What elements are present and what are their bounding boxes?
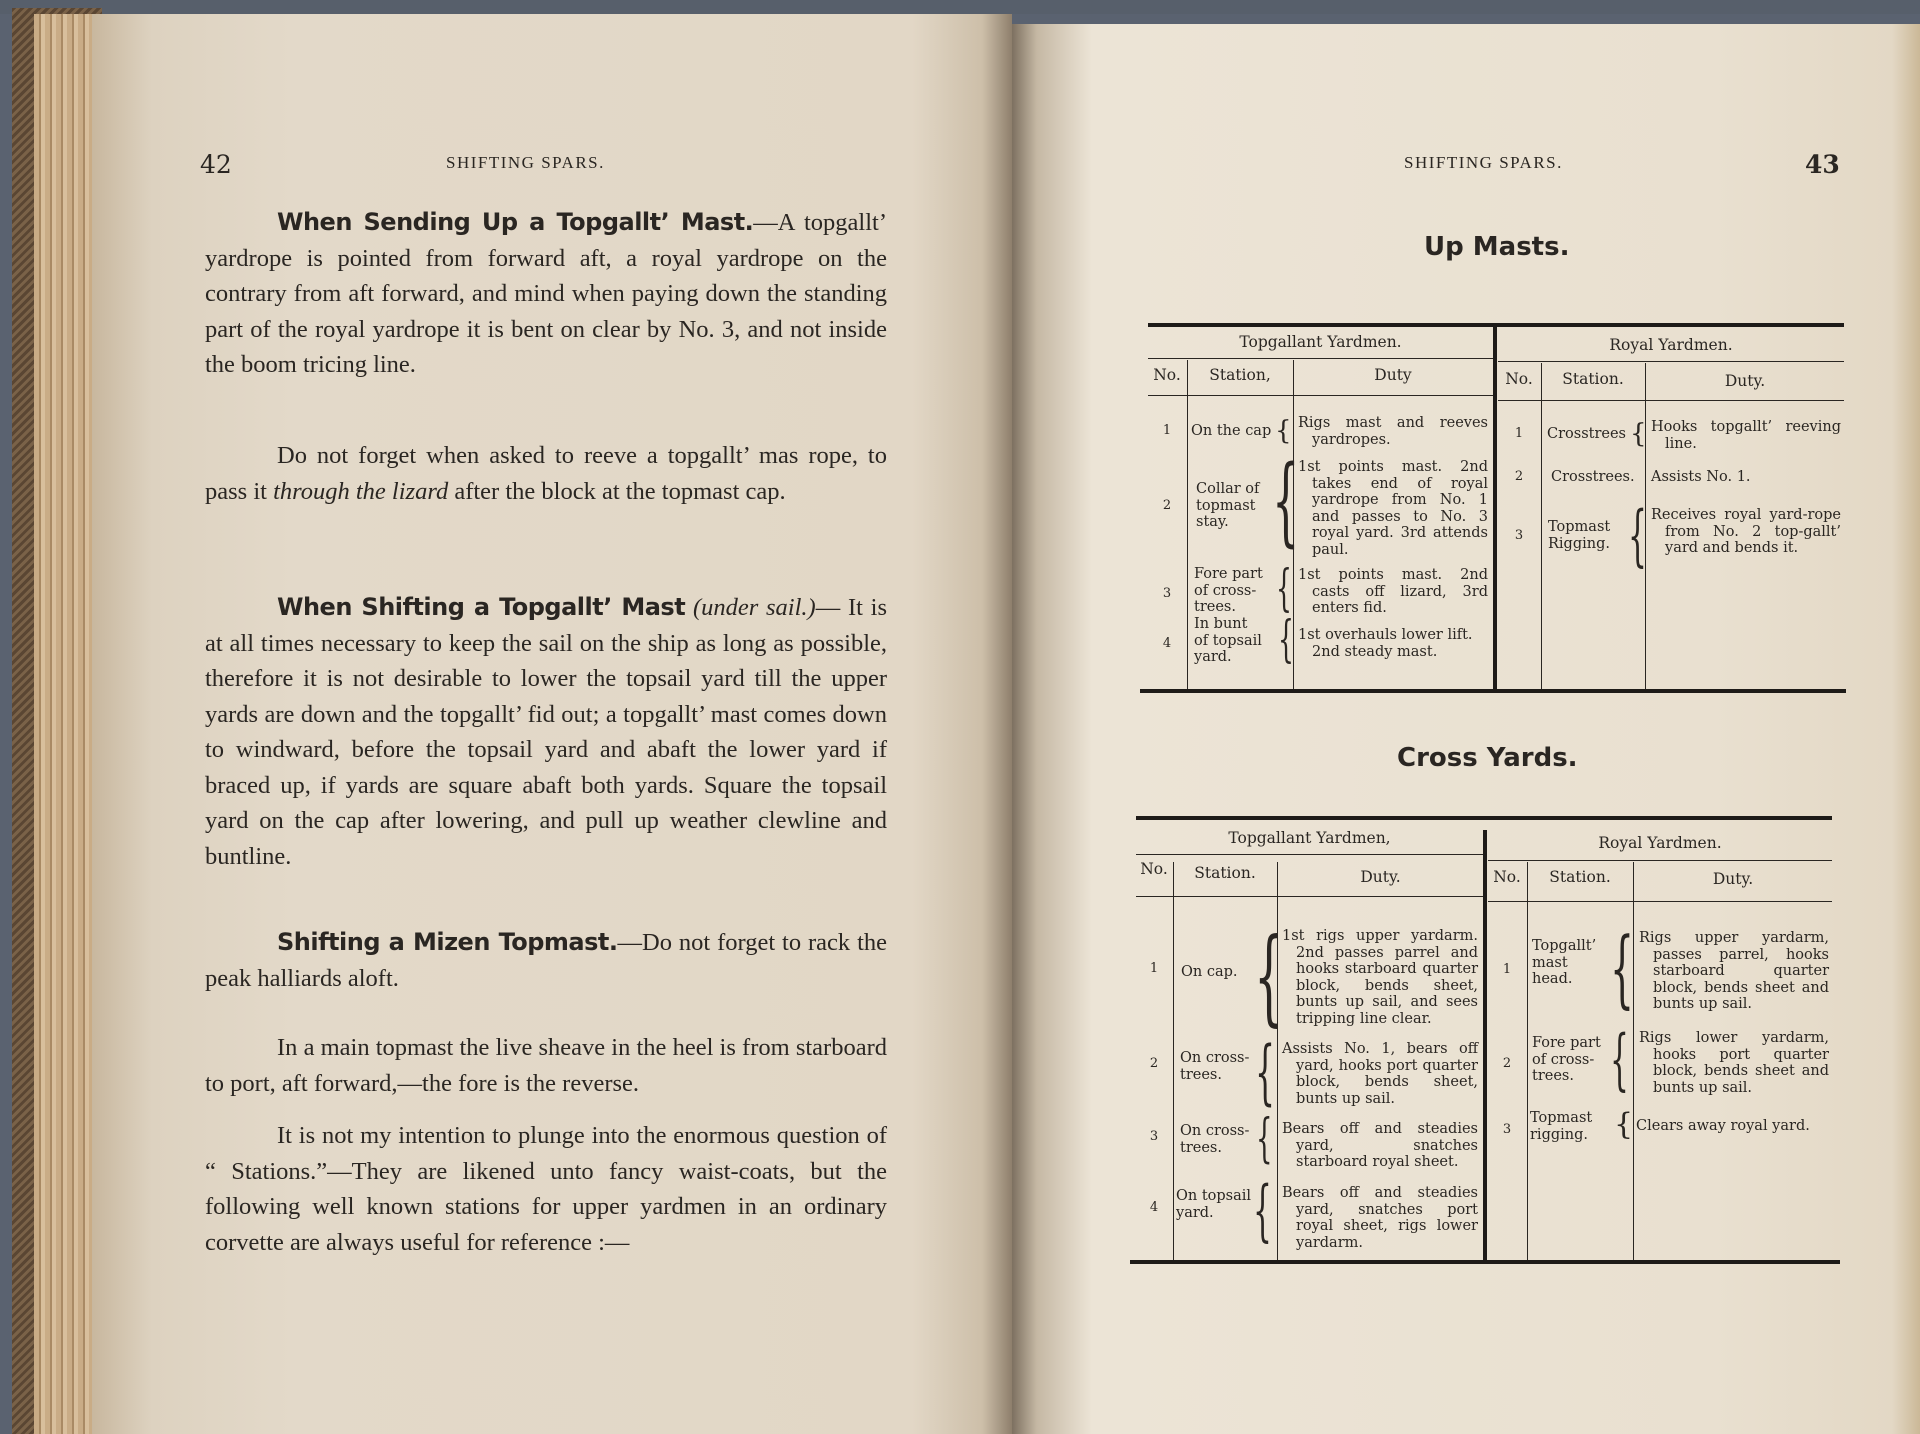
duty-cell: Receives royal yard-rope from No. 2 top-… xyxy=(1651,507,1841,557)
duty-cell: Bears off and steadies yard, snatches po… xyxy=(1282,1185,1478,1251)
page-number-left: 42 xyxy=(200,150,232,179)
section-heading: When Shifting a Topgallt’ Mast xyxy=(277,593,685,621)
cross-yards-table: Topgallant Yardmen, No. Station. Duty. 1… xyxy=(1136,816,1832,1286)
col-header-no: No. xyxy=(1498,370,1540,388)
rule xyxy=(1148,358,1493,359)
group-title: Royal Yardmen. xyxy=(1498,336,1844,354)
rule xyxy=(1498,400,1844,401)
duty-cell: Bears off and steadies yard, snatches st… xyxy=(1282,1121,1478,1171)
station-cell: TopmastRigging. xyxy=(1548,519,1610,552)
paragraph-text: In a main topmast the live sheave in the… xyxy=(205,1030,887,1101)
duty-cell: 1st points mast. 2nd takes end of royal … xyxy=(1298,459,1488,558)
brace-icon: { xyxy=(1628,503,1647,569)
col-header-duty: Duty. xyxy=(1278,868,1483,886)
rule xyxy=(1488,860,1832,861)
paragraph-text: It is not my intention to plunge into th… xyxy=(205,1118,887,1260)
station-cell: Collar oftopmaststay. xyxy=(1196,481,1259,531)
col-header-station: Station. xyxy=(1174,864,1276,882)
brace-icon: { xyxy=(1278,614,1294,664)
paragraph-lizard: Do not forget when asked to reeve a topg… xyxy=(205,438,887,509)
background xyxy=(0,0,1920,14)
section-text: — It is at all times necessary to keep t… xyxy=(205,594,887,870)
open-book: 42 SHIFTING SPARS. When Sending Up a Top… xyxy=(0,0,1920,1434)
cross-yards-title: Cross Yards. xyxy=(1397,743,1578,773)
up-masts-title: Up Masts. xyxy=(1424,232,1569,262)
row-number: 3 xyxy=(1498,528,1540,545)
col-header-no: No. xyxy=(1148,366,1186,384)
section-heading: Shifting a Mizen Topmast. xyxy=(277,928,618,956)
station-cell: Crosstrees xyxy=(1547,426,1626,443)
section-shifting-topgallant: When Shifting a Topgallt’ Mast (under sa… xyxy=(205,590,887,874)
paragraph-main-topmast: In a main topmast the live sheave in the… xyxy=(205,1030,887,1101)
col-header-station: Station. xyxy=(1542,370,1644,388)
group-divider xyxy=(1483,830,1487,1260)
paragraph-stations: It is not my intention to plunge into th… xyxy=(205,1118,887,1260)
brace-icon: { xyxy=(1272,453,1299,549)
rule xyxy=(1498,361,1844,362)
col-rule xyxy=(1173,862,1174,1260)
row-number: 3 xyxy=(1148,586,1186,603)
rule xyxy=(1148,395,1493,396)
brace-icon: { xyxy=(1253,1178,1272,1244)
station-cell: Crosstrees. xyxy=(1551,469,1635,486)
col-rule xyxy=(1527,862,1528,1260)
duty-cell: Hooks topgallt’ reeving line. xyxy=(1651,419,1841,452)
brace-icon: { xyxy=(1275,416,1292,446)
brace-icon: { xyxy=(1256,1113,1273,1165)
brace-icon: { xyxy=(1610,926,1634,1010)
running-head-right: SHIFTING SPARS. xyxy=(1404,153,1563,173)
section-sending-up-topgallant: When Sending Up a Topgallt’ Mast.—A topg… xyxy=(205,205,887,383)
paragraph-text: after the block at the topmast cap. xyxy=(448,478,785,505)
col-rule xyxy=(1541,363,1542,689)
page-number-right: 43 xyxy=(1805,150,1840,179)
brace-icon: { xyxy=(1276,563,1292,613)
rule xyxy=(1136,854,1483,855)
rule xyxy=(1488,901,1832,902)
group-title: Topgallant Yardmen, xyxy=(1136,829,1483,847)
row-number: 4 xyxy=(1148,636,1186,653)
duty-cell: Assists No. 1, bears off yard, hooks por… xyxy=(1282,1041,1478,1107)
station-cell: On cross-trees. xyxy=(1180,1123,1249,1156)
row-number: 3 xyxy=(1136,1129,1172,1146)
row-number: 1 xyxy=(1498,426,1540,443)
col-header-station: Station, xyxy=(1188,366,1292,384)
duty-cell: Rigs mast and reeves yardropes. xyxy=(1298,415,1488,448)
row-number: 2 xyxy=(1136,1056,1172,1073)
station-cell: On cross-trees. xyxy=(1180,1050,1249,1083)
group-title: Royal Yardmen. xyxy=(1488,834,1832,852)
italic-text: (under sail.) xyxy=(693,594,816,621)
duty-cell: Assists No. 1. xyxy=(1651,469,1841,486)
row-number: 2 xyxy=(1498,469,1540,486)
duty-cell: 1st rigs upper yardarm. 2nd passes parre… xyxy=(1282,928,1478,1027)
row-number: 2 xyxy=(1148,498,1186,515)
col-header-station: Station. xyxy=(1528,868,1632,886)
duty-cell: Rigs lower yardarm, hooks port quarter b… xyxy=(1639,1030,1829,1096)
page-edges xyxy=(34,14,98,1434)
station-cell: On the cap xyxy=(1191,423,1271,440)
row-number: 4 xyxy=(1136,1200,1172,1217)
row-number: 2 xyxy=(1488,1056,1526,1073)
table-rule xyxy=(1136,816,1832,820)
duty-cell: Rigs upper yardarm, passes parrel, hooks… xyxy=(1639,930,1829,1013)
row-number: 1 xyxy=(1148,423,1186,440)
station-cell: Topgallt’masthead. xyxy=(1532,938,1596,988)
rule xyxy=(1136,896,1483,897)
station-cell: Fore partof cross-trees. xyxy=(1194,566,1263,616)
brace-icon: { xyxy=(1630,419,1647,449)
col-header-duty: Duty. xyxy=(1646,372,1844,390)
col-header-no: No. xyxy=(1136,860,1172,878)
brace-icon: { xyxy=(1610,1027,1629,1093)
col-rule xyxy=(1187,360,1188,689)
table-rule xyxy=(1140,689,1846,693)
brace-icon: { xyxy=(1255,1037,1275,1107)
row-number: 3 xyxy=(1488,1122,1526,1139)
row-number: 1 xyxy=(1488,962,1526,979)
running-head-left: SHIFTING SPARS. xyxy=(446,153,605,173)
row-number: 1 xyxy=(1136,961,1172,978)
col-header-duty: Duty. xyxy=(1634,870,1832,888)
brace-icon: { xyxy=(1614,1110,1633,1140)
brace-icon: { xyxy=(1254,924,1284,1028)
col-header-duty: Duty xyxy=(1294,366,1492,384)
station-cell: Topmastrigging. xyxy=(1530,1110,1592,1143)
table-rule xyxy=(1130,1260,1840,1264)
italic-text: through the lizard xyxy=(273,478,448,505)
section-mizen-topmast: Shifting a Mizen Topmast.—Do not forget … xyxy=(205,925,887,996)
duty-cell: 1st points mast. 2nd casts off lizard, 3… xyxy=(1298,567,1488,617)
station-cell: On cap. xyxy=(1181,964,1238,981)
up-masts-table: Topgallant Yardmen. No. Station, Duty 1 … xyxy=(1148,323,1844,693)
col-header-no: No. xyxy=(1488,868,1526,886)
station-cell: On topsailyard. xyxy=(1176,1188,1251,1221)
station-cell: Fore partof cross-trees. xyxy=(1532,1035,1601,1085)
duty-cell: Clears away royal yard. xyxy=(1636,1118,1832,1135)
duty-cell: 1st overhauls lower lift.2nd steady mast… xyxy=(1298,627,1488,660)
group-title: Topgallant Yardmen. xyxy=(1148,333,1493,351)
group-divider xyxy=(1493,327,1497,689)
section-heading: When Sending Up a Topgallt’ Mast. xyxy=(277,208,753,236)
station-cell: In buntof topsailyard. xyxy=(1194,616,1262,666)
